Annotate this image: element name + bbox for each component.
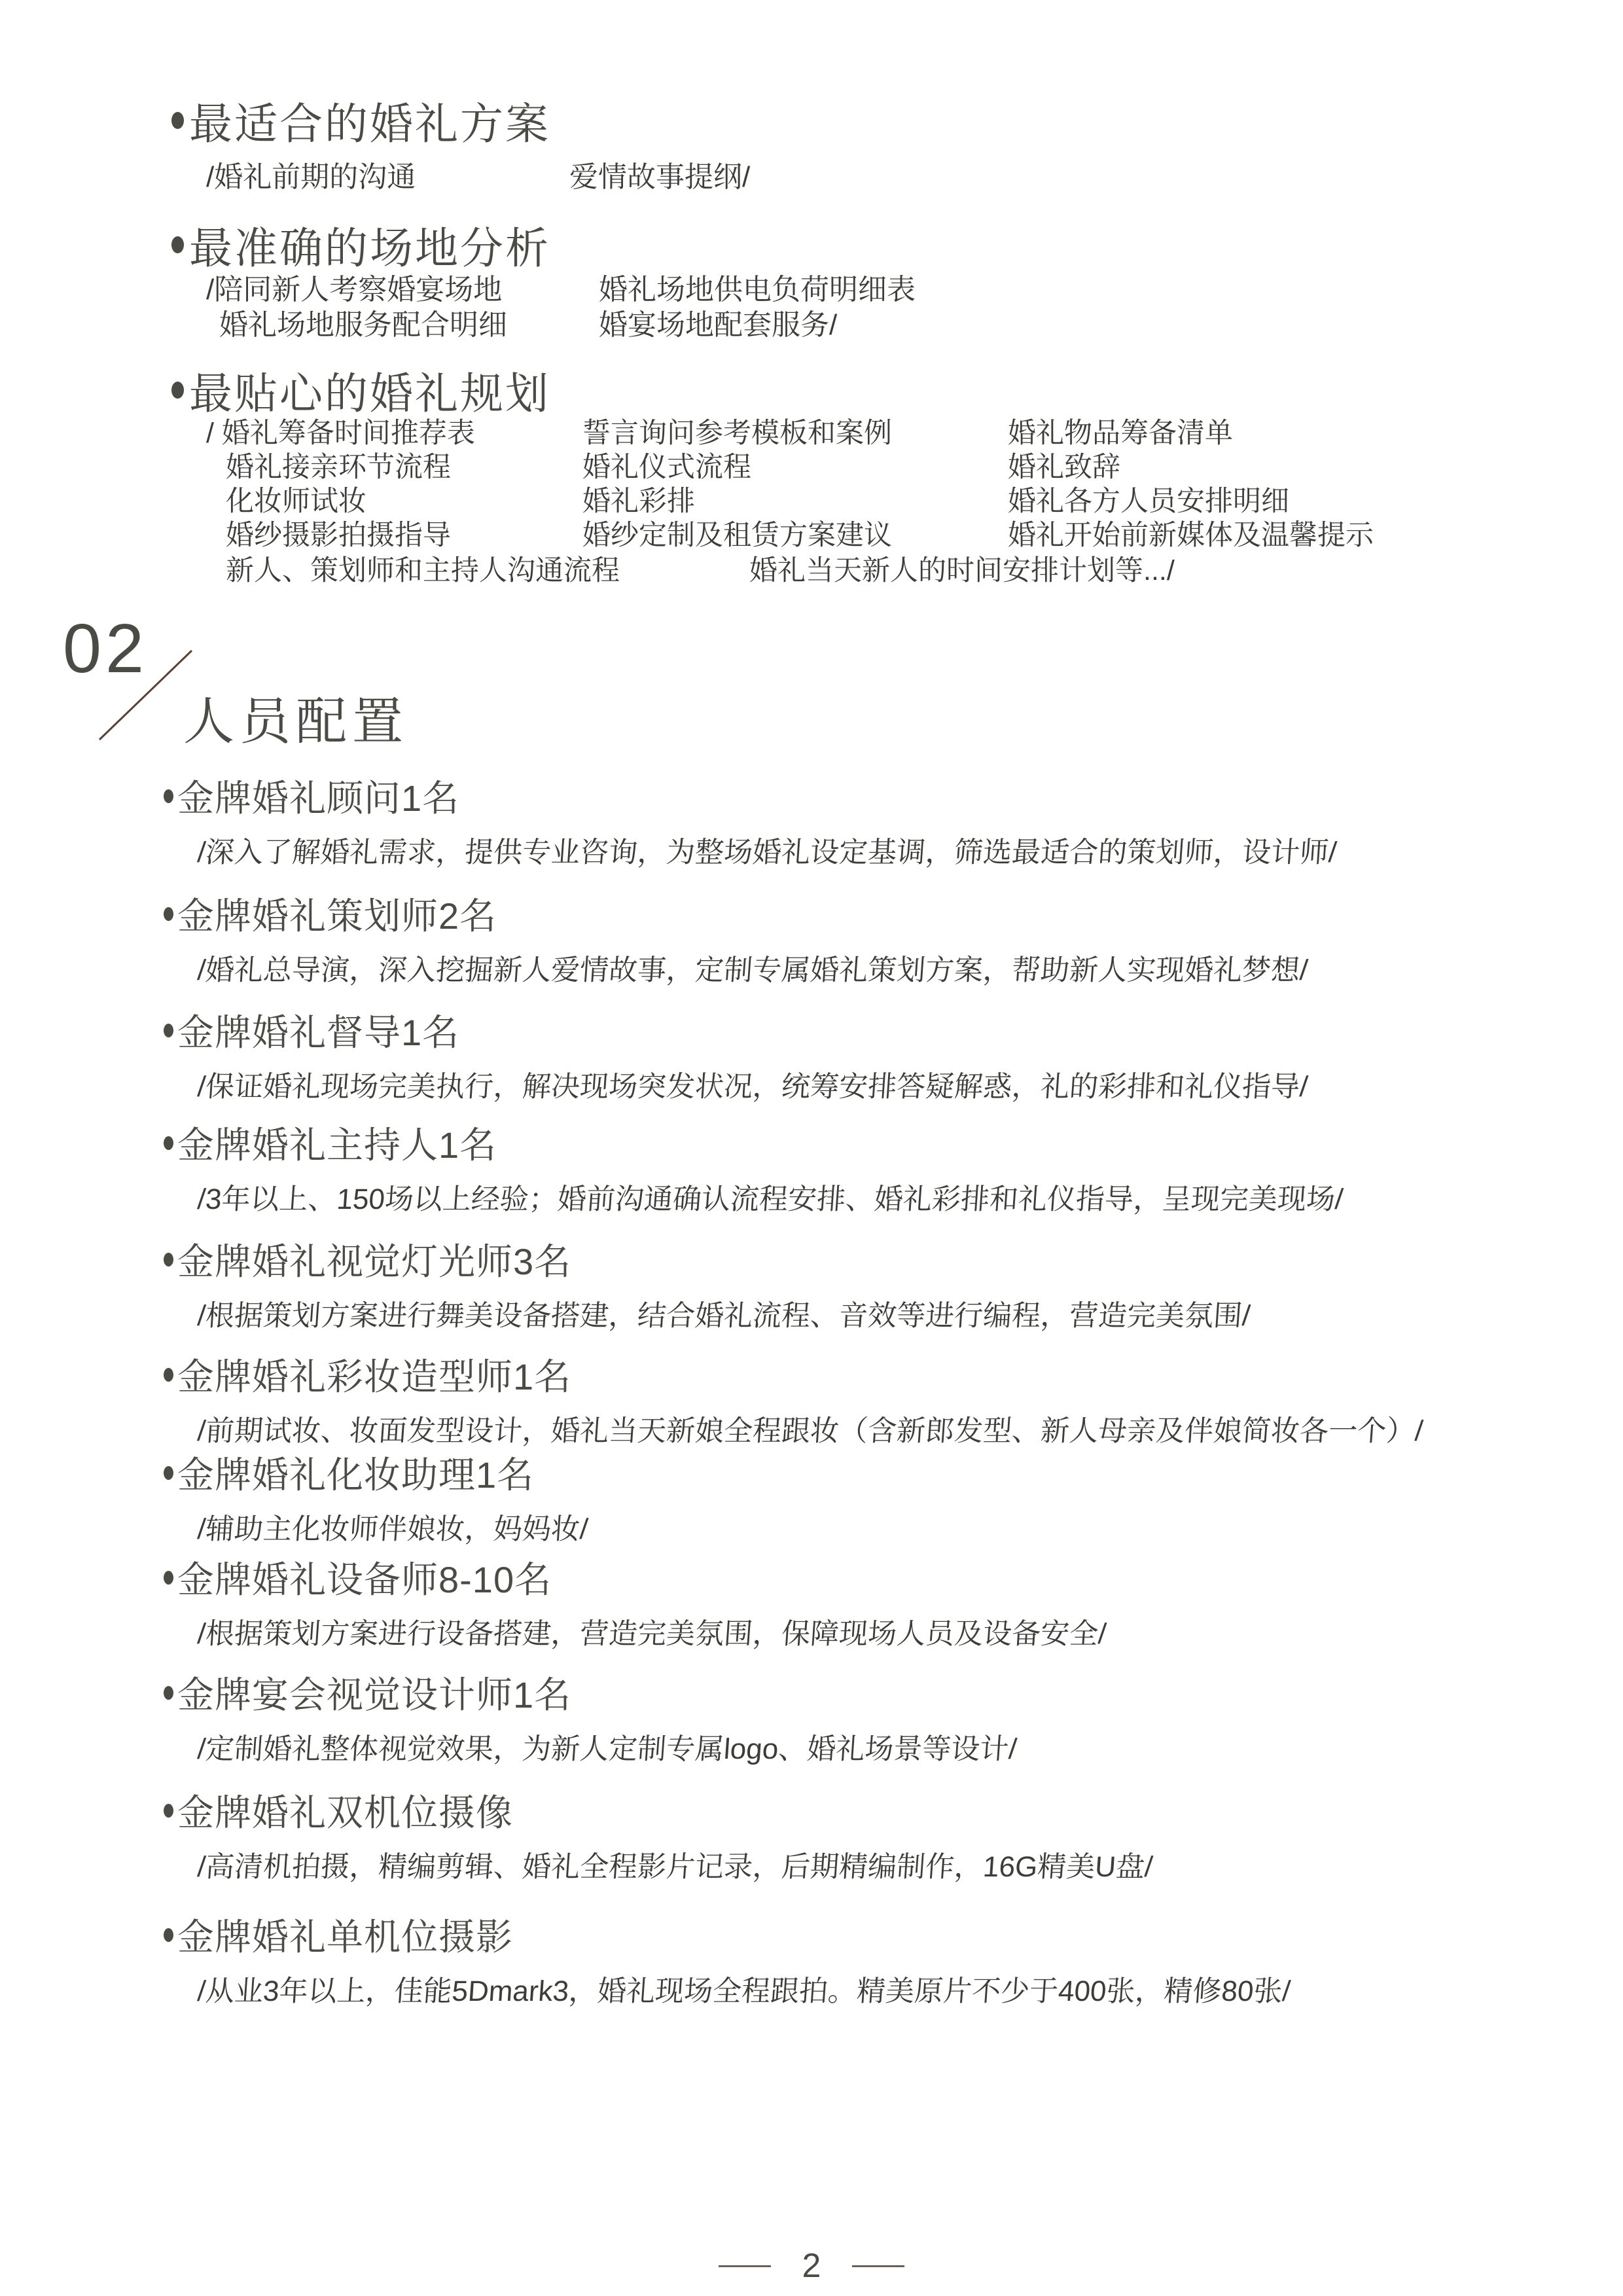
- staff-item-heading: 金牌婚礼彩妆造型师1名: [164, 1348, 1421, 1401]
- footer-rule-right: [852, 2265, 904, 2267]
- service-heading-venue: 最准确的场地分析: [171, 213, 550, 276]
- detail-cell: 新人、策划师和主持人沟通流程: [206, 554, 749, 588]
- staff-item-heading: 金牌婚礼视觉灯光师3名: [164, 1233, 1249, 1285]
- bullet-icon: [164, 1368, 173, 1382]
- service-heading-title: 最准确的场地分析: [189, 213, 550, 276]
- staff-item: 金牌婚礼单机位摄影 /从业3年以上，佳能5Dmark3，婚礼现场全程跟拍。精美原…: [164, 1909, 1289, 2009]
- staff-item: 金牌婚礼主持人1名 /3年以上、150场以上经验；婚前沟通确认流程安排、婚礼彩排…: [164, 1117, 1342, 1217]
- detail-cell: 化妆师试妆: [206, 484, 582, 518]
- bullet-icon: [171, 236, 184, 253]
- staff-item-title: 金牌婚礼策划师2名: [177, 888, 497, 940]
- staff-item-heading: 金牌婚礼双机位摄像: [164, 1784, 1151, 1837]
- bullet-icon: [164, 1253, 173, 1266]
- staff-item: 金牌婚礼督导1名 /保证婚礼现场完美执行，解决现场突发状况，统筹安排答疑解惑，礼…: [164, 1004, 1306, 1105]
- staff-item-title: 金牌婚礼单机位摄影: [177, 1909, 513, 1961]
- page-footer: 2: [0, 2246, 1623, 2286]
- detail-cell: 婚礼开始前新媒体及温馨提示: [1008, 518, 1374, 552]
- staff-item: 金牌婚礼设备师8-10名 /根据策划方案进行设备搭建，营造完美氛围，保障现场人员…: [164, 1551, 1105, 1652]
- detail-cell: 婚礼致辞: [1008, 450, 1374, 484]
- detail-cell: 婚礼仪式流程: [582, 450, 1008, 484]
- service-heading-planning: 最贴心的婚礼规划: [171, 359, 550, 421]
- service-venue-details: /陪同新人考察婚宴场地 婚礼场地供电负荷明细表 婚礼场地服务配合明细 婚宴场地配…: [206, 272, 916, 343]
- detail-cell: 婚纱定制及租赁方案建议: [582, 518, 1008, 552]
- staff-item-desc: /高清机拍摄，精编剪辑、婚礼全程影片记录，后期精编制作，16G精美U盘/: [196, 1850, 1154, 1885]
- footer-rule-left: [719, 2265, 771, 2267]
- service-plan-details: /婚礼前期的沟通 爱情故事提纲/: [206, 160, 750, 195]
- staff-item-desc: /根据策划方案进行舞美设备搭建，结合婚礼流程、音效等进行编程，营造完美氛围/: [196, 1299, 1251, 1334]
- staff-item: 金牌宴会视觉设计师1名 /定制婚礼整体视觉效果，为新人定制专属logo、婚礼场景…: [164, 1666, 1016, 1767]
- detail-cell: 婚宴场地配套服务/: [599, 308, 916, 343]
- staff-item: 金牌婚礼双机位摄像 /高清机拍摄，精编剪辑、婚礼全程影片记录，后期精编制作，16…: [164, 1784, 1151, 1885]
- detail-cell: 婚礼物品筹备清单: [1008, 416, 1374, 450]
- staff-item-desc: /深入了解婚礼需求，提供专业咨询，为整场婚礼设定基调，筛选最适合的策划师，设计师…: [196, 835, 1338, 870]
- staff-item-heading: 金牌婚礼单机位摄影: [164, 1909, 1289, 1961]
- page-number: 2: [802, 2246, 821, 2286]
- staff-item-title: 金牌婚礼双机位摄像: [177, 1784, 513, 1837]
- staff-item: 金牌婚礼顾问1名 /深入了解婚礼需求，提供专业咨询，为整场婚礼设定基调，筛选最适…: [164, 770, 1335, 870]
- staff-item-heading: 金牌婚礼顾问1名: [164, 770, 1335, 822]
- staff-item-desc: /前期试妆、妆面发型设计，婚礼当天新娘全程跟妆（含新郎发型、新人母亲及伴娘简妆各…: [196, 1414, 1424, 1449]
- staff-item-title: 金牌婚礼化妆助理1名: [177, 1446, 534, 1499]
- staff-item-desc: /定制婚礼整体视觉效果，为新人定制专属logo、婚礼场景等设计/: [196, 1732, 1018, 1767]
- detail-cell: 婚礼当天新人的时间安排计划等.../: [749, 554, 1175, 588]
- staff-item-heading: 金牌婚礼化妆助理1名: [164, 1446, 586, 1499]
- bullet-icon: [164, 1686, 173, 1700]
- service-heading-plan: 最适合的婚礼方案: [171, 89, 550, 151]
- bullet-icon: [171, 382, 184, 399]
- bullet-icon: [164, 1571, 173, 1585]
- detail-cell: 婚礼场地供电负荷明细表: [599, 272, 916, 308]
- staff-item-title: 金牌宴会视觉设计师1名: [177, 1666, 571, 1719]
- staff-item: 金牌婚礼彩妆造型师1名 /前期试妆、妆面发型设计，婚礼当天新娘全程跟妆（含新郎发…: [164, 1348, 1421, 1449]
- staff-item-heading: 金牌婚礼督导1名: [164, 1004, 1306, 1056]
- staff-item-title: 金牌婚礼顾问1名: [177, 770, 459, 822]
- staff-item: 金牌婚礼策划师2名 /婚礼总导演，深入挖掘新人爱情故事，定制专属婚礼策划方案，帮…: [164, 888, 1306, 988]
- staff-item-desc: /从业3年以上，佳能5Dmark3，婚礼现场全程跟拍。精美原片不少于400张，精…: [196, 1974, 1292, 2009]
- service-heading-title: 最适合的婚礼方案: [189, 89, 550, 151]
- detail-cell: 誓言询问参考模板和案例: [582, 416, 1008, 450]
- staff-item-desc: /婚礼总导演，深入挖掘新人爱情故事，定制专属婚礼策划方案，帮助新人实现婚礼梦想/: [196, 953, 1309, 988]
- bullet-icon: [164, 1804, 173, 1818]
- detail-cell: 婚礼各方人员安排明细: [1008, 484, 1374, 518]
- bullet-icon: [171, 112, 184, 129]
- staff-item-desc: /3年以上、150场以上经验；婚前沟通确认流程安排、婚礼彩排和礼仪指导，呈现完美…: [196, 1182, 1344, 1217]
- service-planning-lastrow: 新人、策划师和主持人沟通流程 婚礼当天新人的时间安排计划等.../: [206, 554, 1175, 588]
- document-page: 最适合的婚礼方案 /婚礼前期的沟通 爱情故事提纲/ 最准确的场地分析 /陪同新人…: [0, 0, 1623, 2296]
- detail-cell: / 婚礼筹备时间推荐表: [206, 416, 582, 450]
- detail-cell: /婚礼前期的沟通: [206, 160, 569, 195]
- staff-item-heading: 金牌婚礼设备师8-10名: [164, 1551, 1105, 1604]
- bullet-icon: [164, 1928, 173, 1942]
- bullet-icon: [164, 789, 173, 803]
- staff-item: 金牌婚礼化妆助理1名 /辅助主化妆师伴娘妆，妈妈妆/: [164, 1446, 586, 1547]
- detail-cell: 婚纱摄影拍摄指导: [206, 518, 582, 552]
- staff-item-title: 金牌婚礼视觉灯光师3名: [177, 1233, 571, 1285]
- staff-item-title: 金牌婚礼彩妆造型师1名: [177, 1348, 571, 1401]
- detail-cell: 婚礼场地服务配合明细: [206, 308, 599, 343]
- staff-item-heading: 金牌婚礼主持人1名: [164, 1117, 1342, 1169]
- bullet-icon: [164, 1136, 173, 1150]
- detail-cell: /陪同新人考察婚宴场地: [206, 272, 599, 308]
- staff-item-heading: 金牌宴会视觉设计师1名: [164, 1666, 1016, 1719]
- staff-item-desc: /保证婚礼现场完美执行，解决现场突发状况，统筹安排答疑解惑，礼的彩排和礼仪指导/: [196, 1069, 1309, 1105]
- staff-item-title: 金牌婚礼主持人1名: [177, 1117, 497, 1169]
- detail-cell: 婚礼彩排: [582, 484, 1008, 518]
- bullet-icon: [164, 907, 173, 921]
- staff-item-title: 金牌婚礼设备师8-10名: [177, 1551, 552, 1604]
- bullet-icon: [164, 1024, 173, 1037]
- detail-cell: 婚礼接亲环节流程: [206, 450, 582, 484]
- staff-item: 金牌婚礼视觉灯光师3名 /根据策划方案进行舞美设备搭建，结合婚礼流程、音效等进行…: [164, 1233, 1249, 1334]
- section-title: 人员配置: [183, 681, 408, 754]
- detail-cell: 爱情故事提纲/: [569, 160, 750, 195]
- staff-item-desc: /根据策划方案进行设备搭建，营造完美氛围，保障现场人员及设备安全/: [196, 1617, 1107, 1652]
- staff-item-heading: 金牌婚礼策划师2名: [164, 888, 1306, 940]
- section-slash-line: [98, 649, 194, 742]
- staff-item-desc: /辅助主化妆师伴娘妆，妈妈妆/: [196, 1512, 589, 1547]
- service-heading-title: 最贴心的婚礼规划: [189, 359, 550, 421]
- staff-item-title: 金牌婚礼督导1名: [177, 1004, 459, 1056]
- service-planning-details: / 婚礼筹备时间推荐表 誓言询问参考模板和案例 婚礼物品筹备清单 婚礼接亲环节流…: [206, 416, 1374, 552]
- bullet-icon: [164, 1466, 173, 1480]
